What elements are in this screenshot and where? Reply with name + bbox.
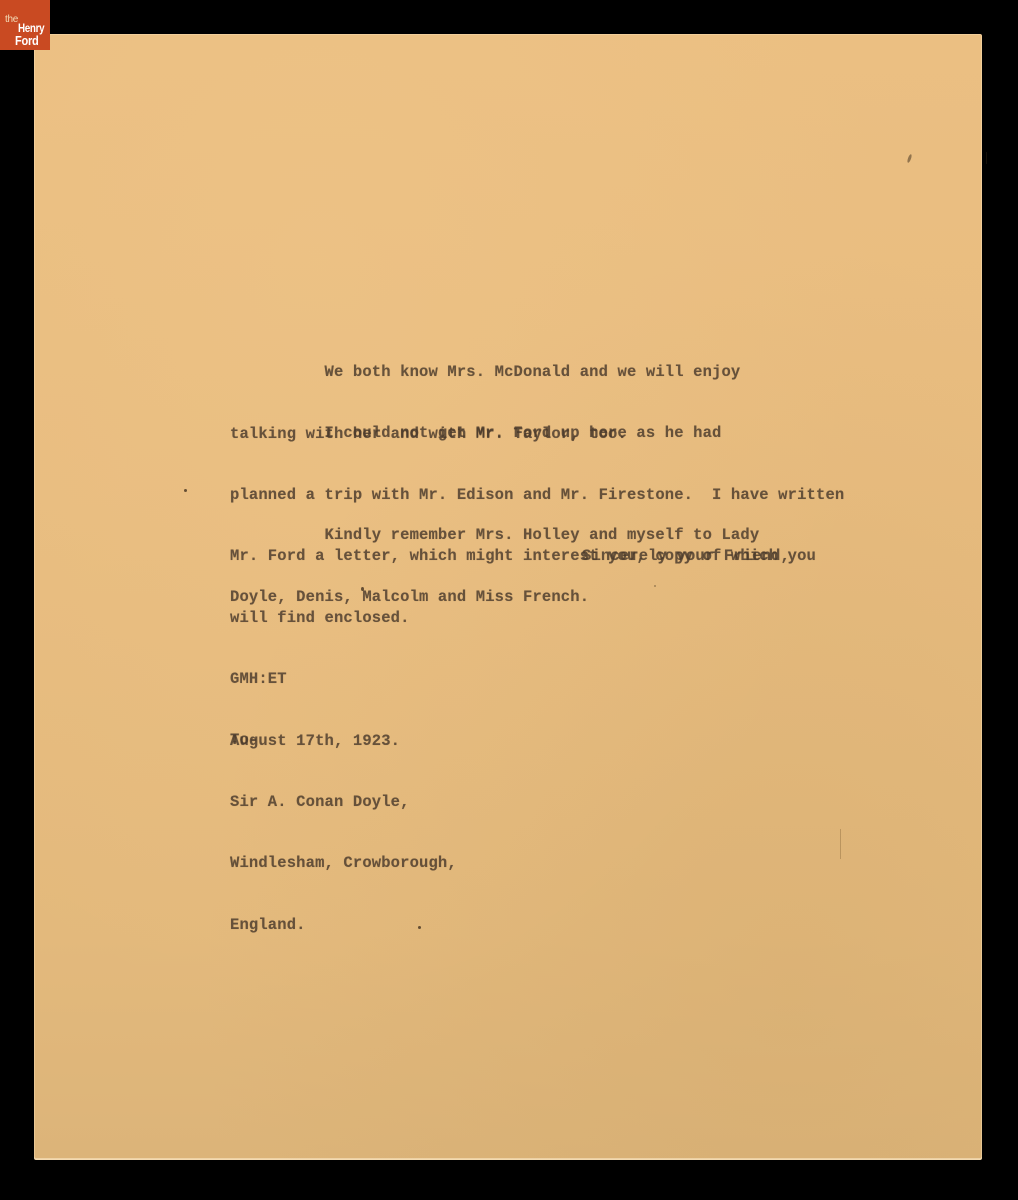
to-label: To- — [230, 730, 457, 751]
address-line: Windlesham, Crowborough, — [230, 853, 457, 874]
address-line: England. — [230, 915, 457, 936]
letter-paper: We both know Mrs. McDonald and we will e… — [34, 34, 982, 1160]
letter-line: Kindly remember Mrs. Holley and myself t… — [230, 525, 759, 546]
paper-speck — [907, 154, 913, 163]
typist-initials: GMH:ET — [230, 669, 400, 690]
logo-text-the: the — [5, 15, 18, 25]
letter-line: We both know Mrs. McDonald and we will e… — [230, 362, 740, 383]
henry-ford-logo: the Henry Ford — [0, 0, 50, 50]
paper-crease — [986, 152, 987, 164]
recipient-block: To- Sir A. Conan Doyle, Windlesham, Crow… — [230, 689, 457, 976]
logo-text-ford: Ford — [15, 34, 39, 47]
paper-crease — [840, 829, 841, 859]
address-line: Sir A. Conan Doyle, — [230, 792, 457, 813]
letter-line: I could not get Mr. Ford up here as he h… — [230, 423, 844, 444]
paper-speck — [184, 489, 187, 492]
letter-line: Doyle, Denis, Malcolm and Miss French. — [230, 587, 759, 608]
letter-closing: Sincerely your Friend, — [582, 546, 790, 567]
